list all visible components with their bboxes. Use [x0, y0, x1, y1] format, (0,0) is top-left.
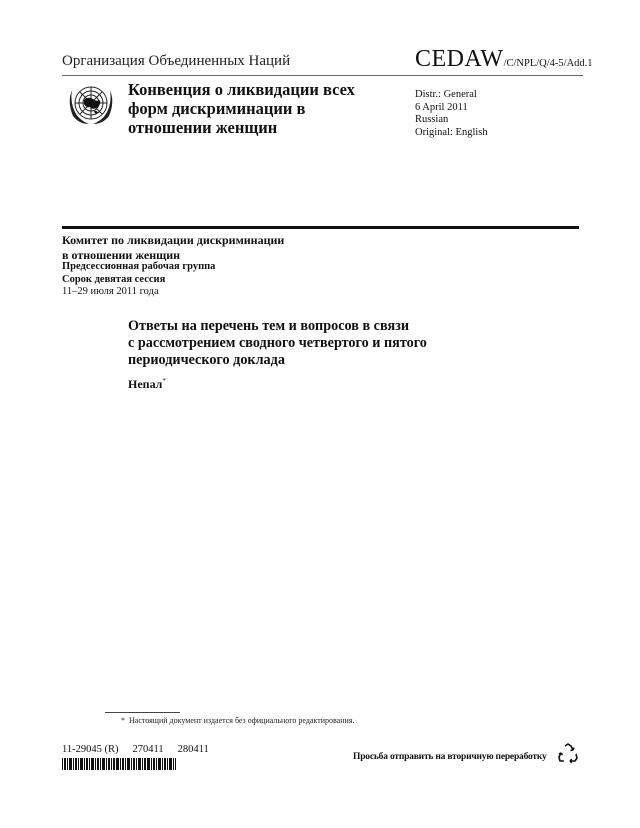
job-number-line: 11-29045 (R)270411280411 — [62, 744, 223, 755]
issue-date: 6 April 2011 — [415, 102, 488, 115]
recycle-notice: Просьба отправить на вторичную переработ… — [353, 752, 547, 762]
committee-name-line: Комитет по ликвидации дискриминации — [62, 233, 284, 248]
recycle-icon — [556, 742, 580, 766]
footnote-reference[interactable]: * — [162, 377, 166, 385]
organization-name: Организация Объединенных Наций — [62, 53, 290, 70]
footnote: * Настоящий документ издается без официа… — [121, 716, 354, 725]
section-divider — [62, 226, 579, 229]
original-language: Original: English — [415, 127, 488, 140]
job-date-2: 280411 — [178, 744, 209, 755]
symbol-suffix: /C/NPL/Q/4-5/Add.1 — [504, 58, 593, 69]
working-group: Предсессионная рабочая группа — [62, 261, 215, 274]
header-divider — [62, 75, 583, 76]
document-title: Ответы на перечень тем и вопросов в связ… — [128, 318, 458, 369]
document-language: Russian — [415, 114, 488, 127]
barcode-icon — [62, 758, 176, 770]
convention-title-line: форм дискриминации в — [128, 99, 388, 118]
convention-title: Конвенция о ликвидации всех форм дискрим… — [128, 80, 388, 137]
session-dates: 11–29 июля 2011 года — [62, 286, 215, 299]
session-info: Предсессионная рабочая группа Сорок девя… — [62, 261, 215, 299]
convention-title-line: отношении женщин — [128, 118, 388, 137]
committee-name-line: в отношении женщин — [62, 248, 284, 263]
un-emblem-icon — [64, 80, 118, 128]
convention-title-line: Конвенция о ликвидации всех — [128, 80, 388, 99]
country-name: Непал* — [128, 377, 166, 392]
document-title-line: с рассмотрением сводного четвертого и пя… — [128, 335, 458, 352]
job-date-1: 270411 — [132, 744, 163, 755]
session-name: Сорок девятая сессия — [62, 274, 215, 287]
footnote-marker: * — [121, 716, 125, 725]
footnote-text: Настоящий документ издается без официаль… — [129, 716, 354, 725]
country-label: Непал — [128, 377, 162, 391]
document-title-line: Ответы на перечень тем и вопросов в связ… — [128, 318, 458, 335]
document-symbol: CEDAW/C/NPL/Q/4-5/Add.1 — [415, 46, 593, 73]
symbol-main: CEDAW — [415, 46, 504, 72]
footnote-divider — [105, 712, 180, 713]
committee-name: Комитет по ликвидации дискриминации в от… — [62, 233, 284, 262]
document-title-line: периодического доклада — [128, 352, 458, 369]
job-number: 11-29045 (R) — [62, 744, 118, 755]
distribution-type: Distr.: General — [415, 89, 488, 102]
distribution-block: Distr.: General 6 April 2011 Russian Ori… — [415, 89, 488, 139]
